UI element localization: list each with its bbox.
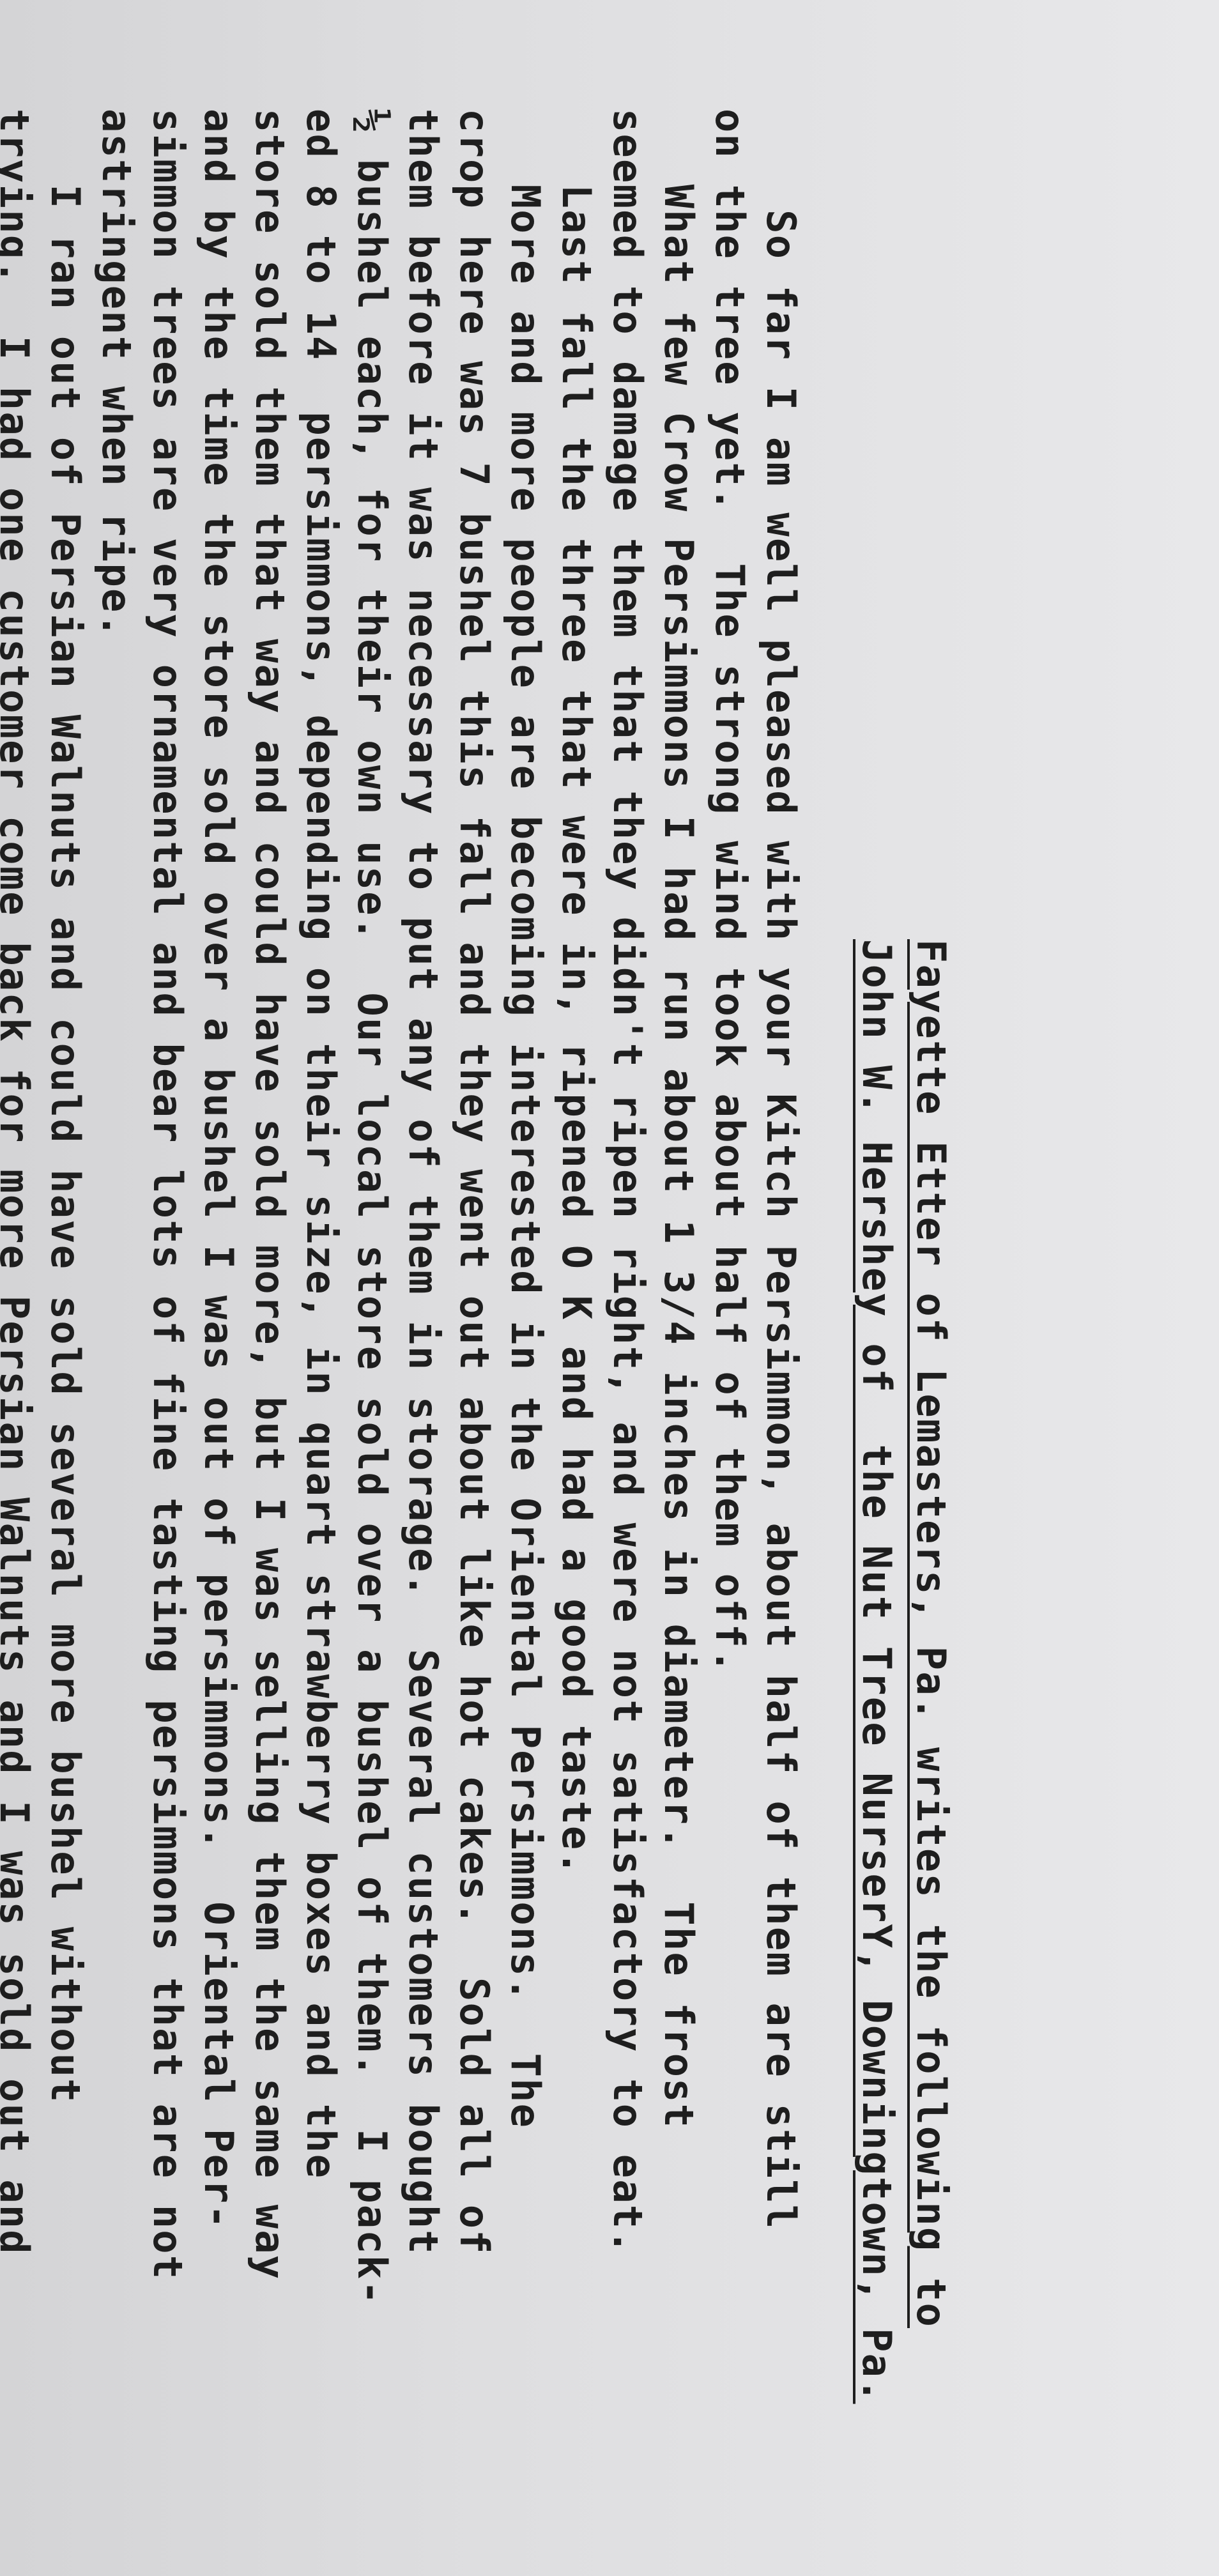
body-line: astringent when ripe. [96, 109, 136, 639]
heading-line-1: Fayette Etter of Lemasters, Pa. writes t… [911, 939, 951, 2328]
body-line: ed 8 to 14 persimmons, depending on thei… [301, 109, 341, 2179]
body-line: and by the time the store sold over a bu… [199, 109, 238, 2230]
body-line: simmon trees are very ornamental and bea… [148, 109, 187, 2280]
body-line: trying. I had one customer come back for… [0, 109, 34, 2255]
body-line: seemed to damage them that they didn't r… [608, 109, 647, 2255]
body-line: More and more people are becoming intere… [505, 109, 545, 2129]
body-line: Last fall the three that were in, ripene… [556, 109, 596, 1876]
body-line: crop here was 7 bushel this fall and the… [454, 109, 494, 2255]
typewritten-page: Fayette Etter of Lemasters, Pa. writes t… [0, 0, 1219, 2576]
body-line: them before it was necessary to put any … [403, 109, 443, 2255]
body-line: on the tree yet. The strong wind took ab… [710, 109, 749, 1675]
body-line: What few Crow Persimmons I had run about… [659, 109, 698, 2129]
body-line: So far I am well pleased with your Kitch… [761, 109, 801, 2230]
body-line: ½ bushel each, for their own use. Our lo… [352, 109, 392, 2306]
body-line: store sold them that way and could have … [250, 109, 289, 2280]
heading-line-2: John W. Hershey of the Nut Tree NurserY,… [857, 939, 896, 2404]
body-line: I ran out of Persian Walnuts and could h… [45, 109, 85, 2104]
